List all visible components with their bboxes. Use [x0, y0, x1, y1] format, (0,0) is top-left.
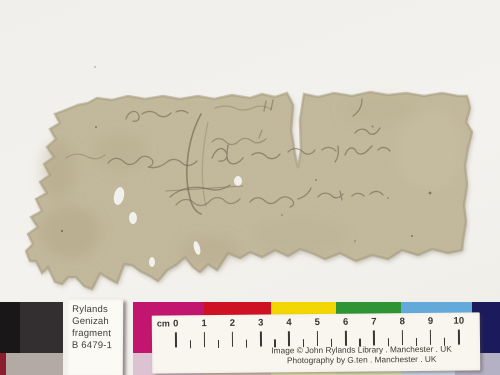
patch-taupe — [6, 353, 63, 375]
label-line: Rylands — [72, 304, 123, 316]
ruler-number-10: 10 — [453, 316, 464, 327]
ruler-tick-minor — [444, 338, 445, 346]
ruler-tick-minor — [303, 339, 304, 347]
ruler-tick-major — [458, 330, 460, 345]
label-line: B 6479-1 — [72, 340, 123, 352]
ruler-number-3: 3 — [258, 318, 263, 329]
ruler-unit-label: cm — [157, 318, 170, 328]
ruler-tick-minor — [388, 338, 389, 346]
ruler-number-2: 2 — [230, 318, 235, 329]
ruler-tick-major — [232, 332, 234, 347]
ruler-tick-minor — [190, 340, 191, 348]
ruler-tick-major — [430, 330, 432, 345]
ruler-number-6: 6 — [343, 317, 348, 328]
label-line: Genizah — [72, 316, 123, 328]
ruler-tick-minor — [274, 339, 275, 347]
ruler-tick-major — [260, 332, 262, 347]
label-card: Rylands Genizah fragment B 6479-1 — [67, 299, 124, 375]
photo-stage: Rylands Genizah fragment B 6479-1 cm Ima… — [0, 0, 500, 375]
ruler-tick-minor — [416, 338, 417, 346]
ruler-tick-minor — [359, 339, 360, 347]
ruler-tick-major — [345, 331, 347, 346]
ruler-tick-major — [373, 330, 375, 345]
fragment-body — [26, 92, 472, 289]
patch-black — [0, 302, 20, 353]
label-line: fragment — [72, 328, 123, 340]
ruler-number-9: 9 — [428, 316, 433, 327]
ruler-tick-minor — [218, 340, 219, 348]
ruler-number-1: 1 — [201, 318, 206, 329]
ruler-tick-minor — [331, 339, 332, 347]
ruler-number-8: 8 — [399, 316, 404, 327]
ruler-number-4: 4 — [286, 317, 291, 328]
ruler-tick-major — [288, 331, 290, 346]
patch-charcoal — [20, 302, 63, 353]
ruler-tick-minor — [246, 340, 247, 348]
ruler-number-5: 5 — [315, 317, 320, 328]
ruler-number-0: 0 — [173, 318, 178, 329]
ruler-tick-major — [317, 331, 319, 346]
ruler-number-7: 7 — [371, 316, 376, 327]
ruler-card: cm Image © John Rylands Library . Manche… — [152, 312, 481, 373]
ruler-tick-major — [402, 330, 404, 345]
dust-speck — [94, 66, 96, 68]
ruler-tick-major — [203, 332, 205, 347]
ruler-tick-major — [175, 332, 177, 347]
